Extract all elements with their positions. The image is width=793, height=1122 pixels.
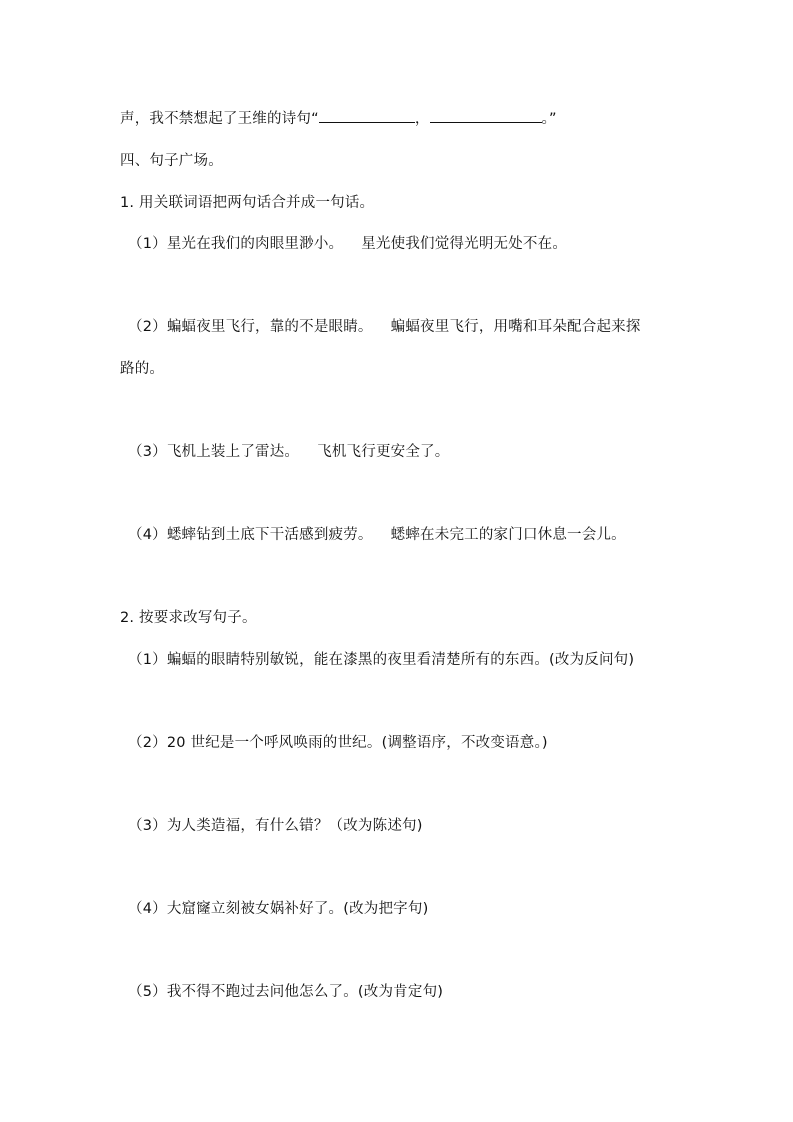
poem-blank-2[interactable] [430,108,542,123]
sentence-a: 蝙蝠夜里飞行，靠的不是眼睛。 [167,319,373,335]
item-text: 我不得不跑过去问他怎么了。(改为肯定句) [167,984,443,1000]
item-number: （1） [128,652,167,668]
part1-title: 1. 用关联词语把两句话合并成一句话。 [120,193,374,213]
sentence-b: 飞机飞行更安全了。 [317,444,449,460]
sentence-a: 飞机上装上了雷达。 [167,444,299,460]
part1-item-1: （1）星光在我们的肉眼里渺小。星光使我们觉得光明无处不在。 [128,234,567,254]
sentence-a: 星光在我们的肉眼里渺小。 [167,236,343,252]
sentence-a: 蟋蟀钻到土底下干活感到疲劳。 [167,527,373,543]
poem-line-sep: ， [415,111,430,127]
part1-item-4: （4）蟋蟀钻到土底下干活感到疲劳。蟋蟀在未完工的家门口休息一会儿。 [128,525,626,545]
item-text: 大窟窿立刻被女娲补好了。(改为把字句) [167,901,429,917]
section-title: 四、句子广场。 [120,151,223,171]
poem-line-prefix: 声，我不禁想起了王维的诗句“ [120,111,319,127]
part2-item-1: （1）蝙蝠的眼睛特别敏锐，能在漆黑的夜里看清楚所有的东西。(改为反问句) [128,650,634,670]
item-number: （1） [128,236,167,252]
part1-item-2-continuation: 路的。 [120,359,164,379]
part2-item-3: （3）为人类造福，有什么错？（改为陈述句) [128,816,423,836]
sentence-b: 蝙蝠夜里飞行，用嘴和耳朵配合起来探 [391,319,641,335]
poem-fill-line: 声，我不禁想起了王维的诗句“，。” [120,108,557,129]
part1-item-2: （2）蝙蝠夜里飞行，靠的不是眼睛。蝙蝠夜里飞行，用嘴和耳朵配合起来探 [128,317,641,337]
item-number: （3） [128,818,167,834]
sentence-b: 蟋蟀在未完工的家门口休息一会儿。 [391,527,626,543]
item-number: （4） [128,901,167,917]
poem-line-suffix: 。” [542,111,557,127]
item-number: （4） [128,527,167,543]
item-number: （2） [128,735,167,751]
sentence-b: 星光使我们觉得光明无处不在。 [361,236,567,252]
item-text: 20 世纪是一个呼风唤雨的世纪。(调整语序，不改变语意。) [167,735,548,751]
part2-item-5: （5）我不得不跑过去问他怎么了。(改为肯定句) [128,982,443,1002]
item-text: 蝙蝠的眼睛特别敏锐，能在漆黑的夜里看清楚所有的东西。(改为反问句) [167,652,634,668]
part2-title: 2. 按要求改写句子。 [120,608,257,628]
item-number: （5） [128,984,167,1000]
part1-item-3: （3）飞机上装上了雷达。飞机飞行更安全了。 [128,442,449,462]
part2-item-4: （4）大窟窿立刻被女娲补好了。(改为把字句) [128,899,428,919]
item-number: （2） [128,319,167,335]
item-text: 为人类造福，有什么错？（改为陈述句) [167,818,423,834]
item-number: （3） [128,444,167,460]
poem-blank-1[interactable] [319,108,415,123]
part2-item-2: （2）20 世纪是一个呼风唤雨的世纪。(调整语序，不改变语意。) [128,733,548,753]
